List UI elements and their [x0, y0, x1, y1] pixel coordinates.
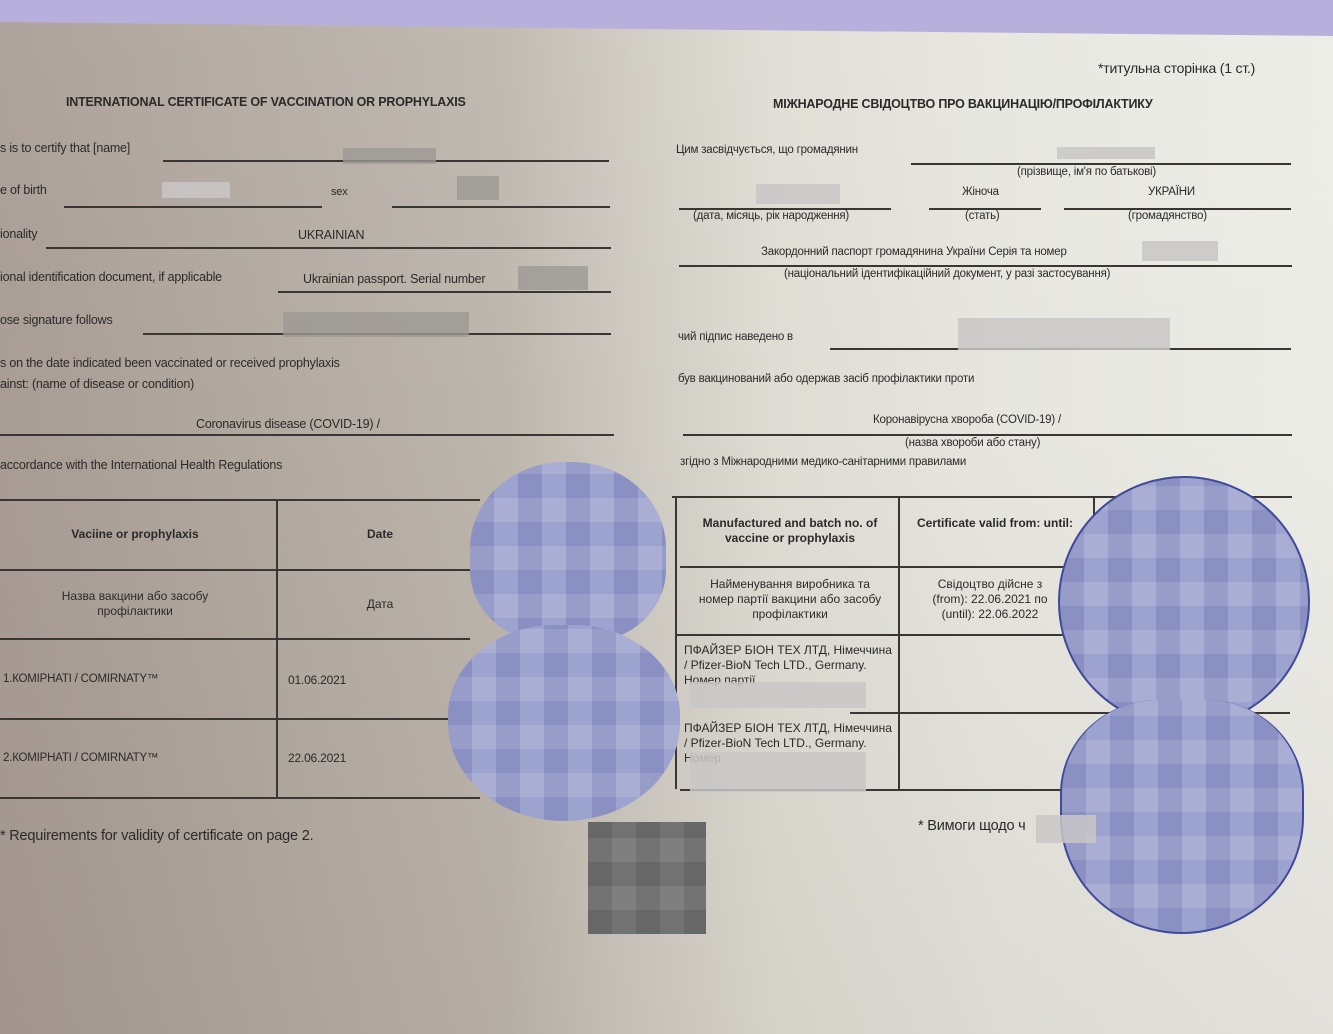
redacted-name [343, 148, 436, 164]
row2-date: 22.06.2021 [288, 751, 346, 765]
certify-label: Цим засвідчується, що громадянин [676, 144, 858, 156]
table-top-border [0, 499, 480, 501]
name-caption: (прізвище, ім'я по батькові) [1017, 166, 1156, 178]
left-footnote: * Requirements for validity of certifica… [0, 828, 313, 844]
vaccinated-line2: ainst: (name of disease or condition) [0, 377, 194, 391]
passport-value-uk: Закордонний паспорт громадянина України … [761, 246, 1067, 258]
table-column-divider [276, 499, 278, 797]
vaccinated-label-uk: був вакцинований або одержав засіб профі… [678, 373, 974, 385]
right-title: МІЖНАРОДНЕ СВІДОЦТВО ПРО ВАКЦИНАЦІЮ/ПРОФ… [773, 97, 1153, 111]
redacted-passport [518, 266, 588, 290]
left-title: INTERNATIONAL CERTIFICATE OF VACCINATION… [66, 95, 466, 109]
id-doc-underline [278, 291, 611, 293]
nationality-underline [46, 247, 611, 249]
table-row-divider [0, 718, 460, 720]
passport-underline-uk [679, 265, 1292, 267]
header-vaccine: Vaciine or prophylaxis [0, 527, 270, 542]
right-footnote: * Вимоги щодо ч [918, 818, 1026, 834]
redacted-signature-place [283, 312, 469, 337]
signature-label-uk: чий підпис наведено в [678, 331, 793, 343]
header-validity-uk: Свідоцтво дійсне з (from): 22.06.2021 по… [925, 577, 1055, 622]
dob-underline [64, 206, 322, 208]
header-date-uk: Дата [280, 597, 480, 612]
nationality-label: ionality [0, 227, 37, 241]
name-underline-uk [911, 163, 1291, 165]
redacted-batch-2 [690, 752, 866, 792]
redacted-round-stamp-upper [1058, 476, 1310, 728]
row2-vaccine: 2.КОМІРНАТІ / COMIRNATY™ [3, 752, 158, 764]
disease-underline [0, 434, 614, 436]
sex-underline [392, 206, 610, 208]
name-label: s is to certify that [name] [0, 141, 130, 155]
id-doc-value: Ukrainian passport. Serial number [303, 272, 485, 286]
sex-label: sex [331, 186, 348, 198]
redacted-stamp-lower [448, 625, 680, 821]
dob-label: e of birth [0, 183, 47, 197]
sex-caption: (стать) [965, 210, 1000, 222]
table-column-divider-uk [898, 496, 900, 789]
header-manufacturer-uk: Найменування виробника та номер партії в… [695, 577, 885, 622]
nationality-value: UKRAINIAN [298, 228, 364, 242]
header-vaccine-uk: Назва вакцини або засобу профілактики [40, 589, 230, 619]
header-validity: Certificate valid from: until: [910, 516, 1080, 531]
passport-caption: (національний ідентифікаційний документ,… [784, 268, 1110, 280]
citizenship-caption: (громадянство) [1128, 210, 1207, 222]
page-marker: *титульна сторінка (1 ст.) [1098, 60, 1255, 76]
redacted-footnote-text [1036, 815, 1096, 843]
redacted-round-stamp-lower [1060, 700, 1304, 934]
redacted-name-uk [1057, 147, 1155, 159]
dob-caption: (дата, місяць, рік народження) [693, 210, 849, 222]
disease-underline-uk [683, 434, 1292, 436]
header-date: Date [280, 527, 480, 542]
table-bottom-border [0, 797, 480, 799]
redacted-dob-uk [756, 184, 840, 204]
regulations-text: accordance with the International Health… [0, 458, 282, 472]
disease-caption: (назва хвороби або стану) [905, 437, 1040, 449]
redacted-batch-1 [690, 682, 866, 708]
sex-value-uk: Жіноча [962, 186, 999, 198]
redacted-signature-block [588, 822, 706, 934]
redacted-sex [457, 176, 499, 200]
signature-label: ose signature follows [0, 313, 113, 327]
vaccinated-line1: s on the date indicated been vaccinated … [0, 356, 340, 370]
regulations-text-uk: згідно з Міжнародними медико-санітарними… [680, 456, 966, 468]
redacted-dob [162, 182, 230, 198]
disease-value: Coronavirus disease (COVID-19) / [196, 417, 380, 431]
id-doc-label: ional identification document, if applic… [0, 270, 222, 284]
header-manufacturer: Manufactured and batch no. of vaccine or… [690, 516, 890, 546]
row1-date: 01.06.2021 [288, 673, 346, 687]
citizenship-value: УКРАЇНИ [1148, 186, 1195, 198]
row1-vaccine: 1.КОМІРНАТІ / COMIRNATY™ [3, 673, 158, 685]
disease-value-uk: Коронавірусна хвороба (COVID-19) / [873, 414, 1061, 426]
table-row-divider [0, 569, 470, 571]
redacted-signature-place-uk [958, 318, 1170, 350]
redacted-stamp-upper [470, 462, 666, 642]
redacted-passport-uk [1142, 241, 1218, 261]
table-row-divider [0, 638, 470, 640]
